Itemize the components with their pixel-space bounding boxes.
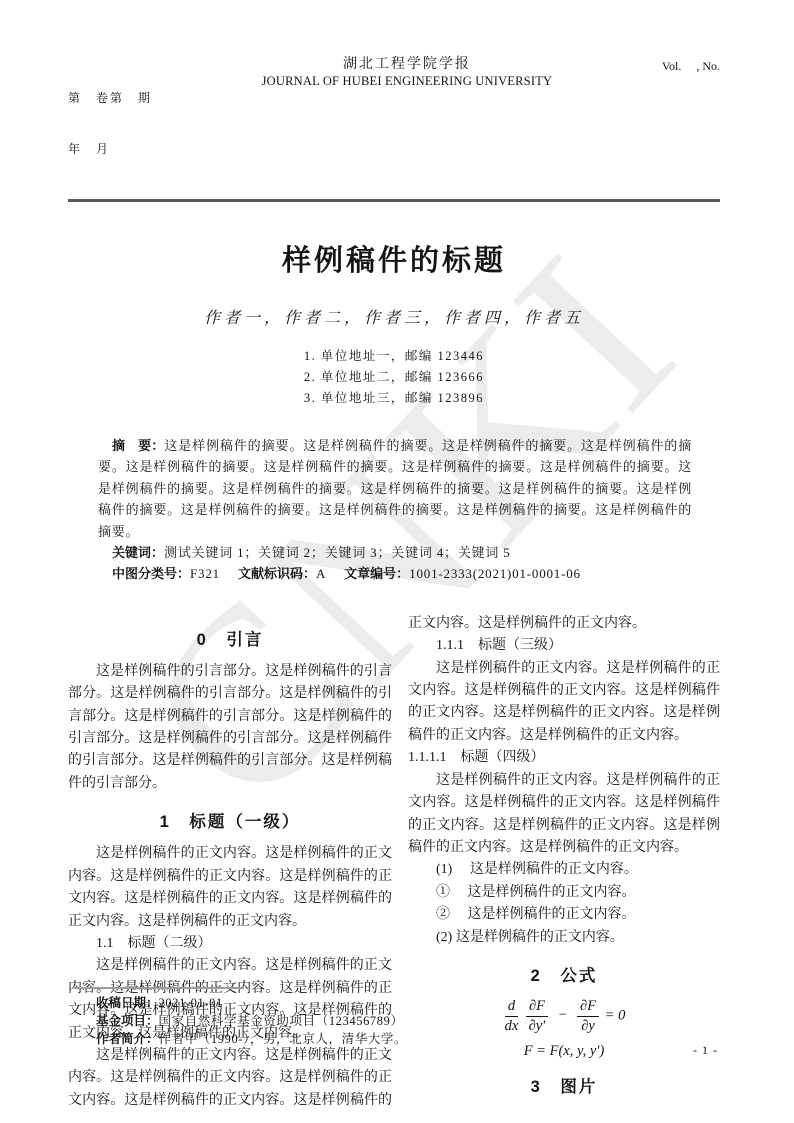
- classification-line: 中图分类号：F321文献标识码：A文章编号：1001-2333(2021)01-…: [98, 563, 692, 584]
- fraction-dF-dy: ∂F∂y: [577, 998, 599, 1034]
- equation-F-definition: F = F(x, y, y′): [408, 1043, 720, 1060]
- clc-value: F321: [190, 566, 220, 581]
- affiliation-list: 1. 单位地址一，邮编 123446 2. 单位地址二，邮编 123666 3.…: [68, 346, 720, 409]
- affiliation-item: 2. 单位地址二，邮编 123666: [68, 367, 720, 388]
- minus-operator: −: [558, 1007, 568, 1023]
- received-date-line: 收稿日期：2021-01-01: [70, 994, 407, 1012]
- body-paragraph-split-end: 正文内容。这是样例稿件的正文内容。: [408, 613, 720, 635]
- heading-level4: 1.1.1.1 标题（四级）: [408, 747, 720, 769]
- body-paragraph: 这是样例稿件的正文内容。这是样例稿件的正文内容。这是样例稿件的正文内容。这是样例…: [408, 770, 720, 860]
- author-bio-line: 作者简介：作者甲（1990-），男，北京人，清华大学。: [70, 1030, 407, 1048]
- year-month-line: 年 月: [68, 141, 152, 158]
- abstract-text: 这是样例稿件的摘要。这是样例稿件的摘要。这是样例稿件的摘要。这是样例稿件的摘要。…: [98, 438, 692, 539]
- list-item: ① 这是样例稿件的正文内容。: [408, 882, 720, 904]
- funding-line: 基金项目：国家自然科学基金资助项目（123456789）: [70, 1012, 407, 1030]
- abstract-paragraph: 摘 要：这是样例稿件的摘要。这是样例稿件的摘要。这是样例稿件的摘要。这是样例稿件…: [98, 435, 692, 542]
- body-paragraph-split-start: 这是样例稿件的正文内容。这是样例稿件的正文内容。这是样例稿件的正文内容。这是样例…: [68, 1045, 392, 1112]
- list-item: (2) 这是样例稿件的正文内容。: [408, 927, 720, 949]
- affiliation-item: 3. 单位地址三，邮编 123896: [68, 388, 720, 409]
- heading-level3: 1.1.1 标题（三级）: [408, 635, 720, 657]
- doc-code-label: 文献标识码：: [238, 566, 316, 581]
- list-item: (1) 这是样例稿件的正文内容。: [408, 859, 720, 881]
- author-line: 作者一，作者二，作者三，作者四，作者五: [68, 305, 720, 328]
- volume-issue-line: 第 卷第 期: [68, 90, 152, 107]
- keywords-label: 关键词：: [112, 545, 164, 560]
- article-id-value: 1001-2333(2021)01-0001-06: [409, 566, 581, 581]
- affiliation-item: 1. 单位地址一，邮编 123446: [68, 346, 720, 367]
- footnote-lines: 收稿日期：2021-01-01 基金项目：国家自然科学基金资助项目（123456…: [70, 994, 407, 1048]
- journal-name-en: JOURNAL OF HUBEI ENGINEERING UNIVERSITY: [262, 73, 553, 89]
- keywords-text: 测试关键词 1；关键词 2；关键词 3；关键词 4；关键词 5: [164, 545, 511, 560]
- journal-name-cn: 湖北工程学院学报: [262, 56, 553, 73]
- journal-name-block: 湖北工程学院学报 JOURNAL OF HUBEI ENGINEERING UN…: [262, 56, 553, 89]
- clc-label: 中图分类号：: [112, 566, 190, 581]
- article-id-label: 文章编号：: [344, 566, 409, 581]
- body-paragraph: 这是样例稿件的正文内容。这是样例稿件的正文内容。这是样例稿件的正文内容。这是样例…: [68, 843, 392, 933]
- heading-figures: 3 图片: [408, 1073, 720, 1097]
- fraction-d-dx: ddx: [505, 998, 519, 1034]
- right-column: 正文内容。这是样例稿件的正文内容。 1.1.1 标题（三级） 这是样例稿件的正文…: [408, 613, 720, 1112]
- running-head: 第 卷第 期 年 月 湖北工程学院学报 JOURNAL OF HUBEI ENG…: [68, 56, 720, 192]
- page-content: 第 卷第 期 年 月 湖北工程学院学报 JOURNAL OF HUBEI ENG…: [0, 0, 794, 1112]
- doc-code-value: A: [316, 566, 326, 581]
- heading-introduction: 0 引言: [68, 626, 392, 650]
- footnote-block: 收稿日期：2021-01-01 基金项目：国家自然科学基金资助项目（123456…: [70, 987, 407, 1048]
- list-item: ② 这是样例稿件的正文内容。: [408, 904, 720, 926]
- heading-level1: 1 标题（一级）: [68, 808, 392, 832]
- page-number: - 1 -: [693, 1043, 718, 1058]
- keywords-line: 关键词：测试关键词 1；关键词 2；关键词 3；关键词 4；关键词 5: [98, 542, 692, 563]
- article-title: 样例稿件的标题: [68, 238, 720, 279]
- footnote-rule: [74, 987, 244, 989]
- abstract-label: 摘 要：: [112, 438, 164, 453]
- equation-euler-lagrange: ddx ∂F∂y′ − ∂F∂y = 0: [408, 998, 720, 1034]
- abstract-block: 摘 要：这是样例稿件的摘要。这是样例稿件的摘要。这是样例稿件的摘要。这是样例稿件…: [98, 435, 692, 542]
- equals-zero: = 0: [605, 1007, 626, 1023]
- vol-no-label: Vol. , No.: [662, 56, 720, 75]
- header-rule: [68, 199, 720, 202]
- body-paragraph: 这是样例稿件的正文内容。这是样例稿件的正文内容。这是样例稿件的正文内容。这是样例…: [408, 658, 720, 748]
- intro-paragraph: 这是样例稿件的引言部分。这是样例稿件的引言部分。这是样例稿件的引言部分。这是样例…: [68, 661, 392, 795]
- heading-level2: 1.1 标题（二级）: [68, 933, 392, 955]
- fraction-dF-dyprime: ∂F∂y′: [526, 998, 548, 1034]
- heading-formula: 2 公式: [408, 962, 720, 986]
- volume-issue-block: 第 卷第 期 年 月: [68, 56, 152, 192]
- journal-page: CNKI 第 卷第 期 年 月 湖北工程学院学报 JOURNAL OF HUBE…: [0, 0, 794, 1123]
